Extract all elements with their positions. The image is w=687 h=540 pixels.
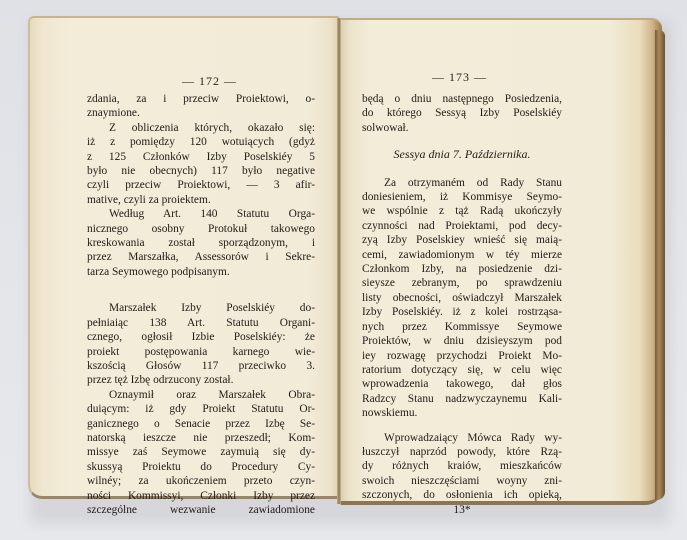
text-line: przez Marszałka, Assessorów i Sekre- — [87, 250, 315, 264]
text-line: kreskowania został sporządzonym, i — [87, 236, 315, 250]
text-line: ratorium dotyczący się, w celu więc — [362, 363, 562, 377]
text-line: będą o dniu następnego Posiedzenia, — [362, 92, 562, 106]
text-line: Proiektów, w dniu dzisieyszym pod — [362, 334, 562, 348]
left-page-number: — 172 — — [182, 74, 237, 89]
text-line: wprowadzenia takowego, dał głos — [362, 377, 562, 391]
text-line: Z obliczenia których, okazało się: — [87, 121, 315, 135]
text-line: cemi, zawiadomionym w téy mierze — [362, 248, 562, 262]
text-line: było nie obecnych) 117 było negative — [87, 164, 315, 178]
text-line: nicznego osobny Protokuł takowego — [87, 222, 315, 236]
text-line: pełniaiąc 138 Art. Statutu Organi- — [87, 316, 315, 330]
text-line: czynności nad Proiektami, pod decy- — [362, 219, 562, 233]
text-line: szczególne wezwanie zawiadomione — [87, 503, 315, 517]
left-page: — 172 — zdania, za i przeciw Proiektowi,… — [28, 16, 339, 499]
text-line: kszością Głosów 117 przeciwko 3. — [87, 359, 315, 373]
text-line: Wprowadzaiący Mówca Rady wy- — [362, 431, 562, 445]
text-line: Izby Poselskiéy. iż z kolei rostrząsa- — [362, 305, 562, 319]
text-line: Według Art. 140 Statutu Orga- — [87, 207, 315, 221]
text-line: nych przez Kommissye Seymowe — [362, 320, 562, 334]
text-line: natorską ieszcze nie przeszedł; Kom- — [87, 431, 315, 445]
text-line: tarza Seymowego podpisanym. — [87, 265, 315, 279]
book-gutter — [337, 18, 341, 504]
text-line: cznego, ogłosił Izbie Poselskiéy: że — [87, 330, 315, 344]
text-line: proiekt postępowania karnego wie- — [87, 345, 315, 359]
right-page-number: — 173 — — [432, 70, 487, 85]
text-line: do którego Sessyą Izby Poselskiéy — [362, 106, 562, 120]
text-line: Członkom Izby, na posiedzenie dzi- — [362, 262, 562, 276]
text-line: z 125 Członków Izby Poselskiéy 5 — [87, 150, 315, 164]
open-book: — 172 — zdania, za i przeciw Proiektowi,… — [0, 0, 687, 540]
text-line: Marszałek Izby Poselskiéy do- — [87, 301, 315, 315]
text-line: missye zaś Seymowe zaymuią się dy- — [87, 445, 315, 459]
text-line: łuszczył naprzód powody, które Rzą- — [362, 445, 562, 459]
text-line: we wspólnie z tąż Radą ukończyły — [362, 204, 562, 218]
right-page: — 173 — będą o dniu następnego Posiedzen… — [340, 18, 662, 505]
right-page-text: będą o dniu następnego Posiedzenia, do k… — [362, 92, 562, 517]
text-line: mative, czyli za proiektem. — [87, 193, 315, 207]
text-line: ności Kommissyi, Członki Izby przez — [87, 489, 315, 503]
page-block-edge — [655, 30, 665, 500]
text-line: zdania, za i przeciw Proiektowi, o- — [87, 92, 315, 106]
text-line: dy różnych kraiów, mieszkańców — [362, 459, 562, 473]
text-line: solwował. — [362, 121, 562, 135]
text-line: iż z pomiędzy 120 wotuiących (gdyż — [87, 135, 315, 149]
text-line: znaymione. — [87, 106, 315, 120]
text-line: szczonych, do osłonienia ich opieką, — [362, 488, 562, 502]
left-page-text: zdania, za i przeciw Proiektowi, o- znay… — [87, 92, 315, 517]
text-line: iey rozwagę przychodzi Proiekt Mo- — [362, 349, 562, 363]
text-line: swoich nieszczęściami woyny zni- — [362, 474, 562, 488]
text-line: sieysze zebranym, po sprawdzeniu — [362, 276, 562, 290]
signature-mark: 13* — [362, 503, 562, 517]
text-line: przez tęż Izbę odrzucony został. — [87, 373, 315, 387]
session-heading: Sessya dnia 7. Października. — [362, 147, 562, 161]
text-line: zyą Izby Poselskiey wnieść się maią- — [362, 233, 562, 247]
text-line: listy obecności, oświadczył Marszałek — [362, 291, 562, 305]
text-line: Za otrzymaném od Rady Stanu — [362, 176, 562, 190]
text-line: ganicznego o Senacie przez Izbę Se- — [87, 417, 315, 431]
text-line: nowskiemu. — [362, 406, 562, 420]
text-line: duiącym: iż gdy Proiekt Statutu Or- — [87, 402, 315, 416]
text-line: Oznaymił oraz Marszałek Obra- — [87, 388, 315, 402]
text-line: czyli przeciw Proiektowi, — 3 afir- — [87, 178, 315, 192]
text-line: wilnéy; za ukończeniem przeto czyn- — [87, 474, 315, 488]
text-line: doniesieniem, iż Kommisye Seymo- — [362, 190, 562, 204]
text-line: skussyą Proiektu do Procedury Cy- — [87, 460, 315, 474]
text-line: Radzcy Stanu nadzwyczaynemu Kali- — [362, 392, 562, 406]
